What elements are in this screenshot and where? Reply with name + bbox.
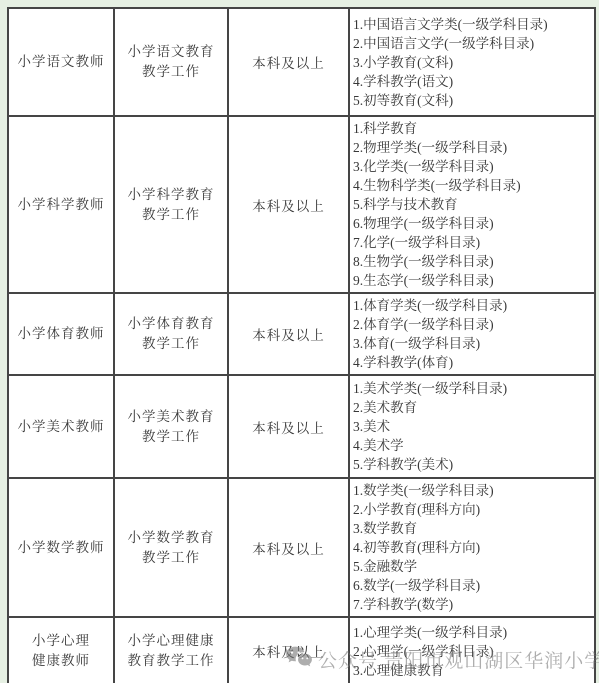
majors-cell: 1.心理学类(一级学科目录)2.心理学(一级学科目录)3.心理健康教育	[349, 617, 595, 683]
text-line: 小学科学教师	[12, 195, 110, 215]
text-line: 小学心理健康	[118, 631, 224, 651]
majors-cell: 1.数学类(一级学科目录)2.小学教育(理科方向)3.数学教育4.初等教育(理科…	[349, 478, 595, 617]
text-line: 5.科学与技术教育	[353, 195, 591, 214]
duty-cell: 小学体育教育教学工作	[114, 293, 228, 375]
text-line: 小学科学教育	[118, 185, 224, 205]
text-line: 1.美术学类(一级学科目录)	[353, 379, 591, 398]
majors-cell: 1.体育学类(一级学科目录)2.体育学(一级学科目录)3.体育(一级学科目录)4…	[349, 293, 595, 375]
text-line: 5.学科教学(美术)	[353, 455, 591, 474]
text-line: 3.化学类(一级学科目录)	[353, 157, 591, 176]
text-line: 健康教师	[12, 651, 110, 671]
text-line: 小学体育教师	[12, 324, 110, 344]
text-line: 小学体育教育	[118, 314, 224, 334]
text-line: 4.美术学	[353, 436, 591, 455]
education-cell: 本科及以上	[228, 293, 349, 375]
education-cell: 本科及以上	[228, 116, 349, 293]
position-cell: 小学科学教师	[8, 116, 114, 293]
text-line: 6.数学(一级学科目录)	[353, 576, 591, 595]
majors-cell: 1.中国语言文学类(一级学科目录)2.中国语言文学(一级学科目录)3.小学教育(…	[349, 8, 595, 116]
table-row: 小学体育教师 小学体育教育教学工作 本科及以上 1.体育学类(一级学科目录)2.…	[8, 293, 595, 375]
text-line: 5.金融数学	[353, 557, 591, 576]
text-line: 7.化学(一级学科目录)	[353, 233, 591, 252]
education-cell: 本科及以上	[228, 478, 349, 617]
text-line: 3.体育(一级学科目录)	[353, 334, 591, 353]
duty-cell: 小学科学教育教学工作	[114, 116, 228, 293]
text-line: 4.学科教学(体育)	[353, 353, 591, 372]
majors-cell: 1.美术学类(一级学科目录)2.美术教育3.美术4.美术学5.学科教学(美术)	[349, 375, 595, 478]
text-line: 小学美术教师	[12, 417, 110, 437]
education-cell: 本科及以上	[228, 375, 349, 478]
text-line: 教育教学工作	[118, 651, 224, 671]
text-line: 5.初等教育(文科)	[353, 91, 591, 110]
duty-cell: 小学美术教育教学工作	[114, 375, 228, 478]
text-line: 小学语文教育	[118, 42, 224, 62]
page-background: 小学语文教师 小学语文教育教学工作 本科及以上 1.中国语言文学类(一级学科目录…	[0, 0, 599, 683]
text-line: 3.美术	[353, 417, 591, 436]
duty-cell: 小学数学教育教学工作	[114, 478, 228, 617]
text-line: 教学工作	[118, 548, 224, 568]
text-line: 3.心理健康教育	[353, 661, 591, 680]
text-line: 3.小学教育(文科)	[353, 53, 591, 72]
text-line: 6.物理学(一级学科目录)	[353, 214, 591, 233]
text-line: 2.美术教育	[353, 398, 591, 417]
text-line: 4.生物科学类(一级学科目录)	[353, 176, 591, 195]
education-cell: 本科及以上	[228, 617, 349, 683]
text-line: 1.心理学类(一级学科目录)	[353, 623, 591, 642]
text-line: 小学美术教育	[118, 407, 224, 427]
position-cell: 小学体育教师	[8, 293, 114, 375]
text-line: 小学心理	[12, 631, 110, 651]
position-cell: 小学心理健康教师	[8, 617, 114, 683]
text-line: 教学工作	[118, 427, 224, 447]
text-line: 教学工作	[118, 62, 224, 82]
majors-cell: 1.科学教育2.物理学类(一级学科目录)3.化学类(一级学科目录)4.生物科学类…	[349, 116, 595, 293]
table-row: 小学科学教师 小学科学教育教学工作 本科及以上 1.科学教育2.物理学类(一级学…	[8, 116, 595, 293]
recruitment-table: 小学语文教师 小学语文教育教学工作 本科及以上 1.中国语言文学类(一级学科目录…	[7, 7, 596, 683]
duty-cell: 小学心理健康教育教学工作	[114, 617, 228, 683]
text-line: 2.体育学(一级学科目录)	[353, 315, 591, 334]
position-cell: 小学语文教师	[8, 8, 114, 116]
text-line: 9.生态学(一级学科目录)	[353, 271, 591, 290]
table-row: 小学语文教师 小学语文教育教学工作 本科及以上 1.中国语言文学类(一级学科目录…	[8, 8, 595, 116]
text-line: 8.生物学(一级学科目录)	[353, 252, 591, 271]
text-line: 小学数学教育	[118, 528, 224, 548]
text-line: 教学工作	[118, 334, 224, 354]
table-row: 小学美术教师 小学美术教育教学工作 本科及以上 1.美术学类(一级学科目录)2.…	[8, 375, 595, 478]
text-line: 2.心理学(一级学科目录)	[353, 642, 591, 661]
table-row: 小学心理健康教师 小学心理健康教育教学工作 本科及以上 1.心理学类(一级学科目…	[8, 617, 595, 683]
text-line: 4.学科教学(语文)	[353, 72, 591, 91]
text-line: 1.科学教育	[353, 119, 591, 138]
education-cell: 本科及以上	[228, 8, 349, 116]
text-line: 2.中国语言文学(一级学科目录)	[353, 34, 591, 53]
text-line: 3.数学教育	[353, 519, 591, 538]
position-cell: 小学数学教师	[8, 478, 114, 617]
text-line: 小学数学教师	[12, 538, 110, 558]
text-line: 教学工作	[118, 205, 224, 225]
text-line: 2.小学教育(理科方向)	[353, 500, 591, 519]
text-line: 小学语文教师	[12, 52, 110, 72]
position-cell: 小学美术教师	[8, 375, 114, 478]
text-line: 4.初等教育(理科方向)	[353, 538, 591, 557]
duty-cell: 小学语文教育教学工作	[114, 8, 228, 116]
text-line: 2.物理学类(一级学科目录)	[353, 138, 591, 157]
text-line: 1.中国语言文学类(一级学科目录)	[353, 15, 591, 34]
text-line: 1.数学类(一级学科目录)	[353, 481, 591, 500]
text-line: 7.学科教学(数学)	[353, 595, 591, 614]
table-row: 小学数学教师 小学数学教育教学工作 本科及以上 1.数学类(一级学科目录)2.小…	[8, 478, 595, 617]
text-line: 1.体育学类(一级学科目录)	[353, 296, 591, 315]
